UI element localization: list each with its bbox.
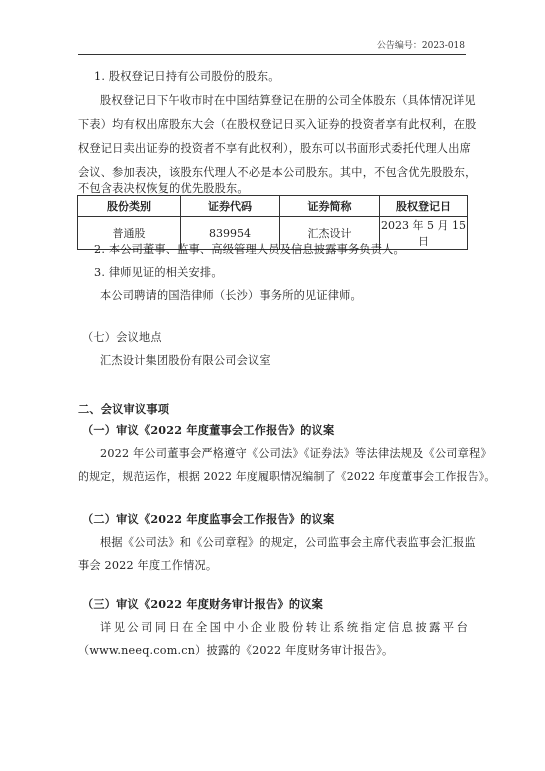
table-header-cell: 证券代码 — [181, 196, 280, 217]
table-header-cell: 证券简称 — [280, 196, 380, 217]
agenda-item-title: （一）审议《2022 年度董事会工作报告》的议案 — [82, 423, 472, 438]
paragraph-line: 根据《公司法》和《公司章程》的规定，公司监事会主席代表监事会汇报监 — [100, 535, 490, 550]
agenda-item-title: （三）审议《2022 年度财务审计报告》的议案 — [82, 597, 472, 612]
paragraph-line: 本公司聘请的国浩律师（长沙）事务所的见证律师。 — [100, 288, 490, 303]
paragraph-line: 会议、参加表决，该股东代理人不必是本公司股东。其中，不包含优先股股东， — [78, 165, 468, 180]
attendee-item-1: 1. 股权登记日持有公司股份的股东。 — [94, 69, 484, 84]
agenda-item-title: （二）审议《2022 年度监事会工作报告》的议案 — [82, 512, 472, 527]
paragraph-line: （www.neeq.com.cn）披露的《2022 年度财务审计报告》。 — [78, 643, 468, 658]
venue-text: 汇杰设计集团股份有限公司会议室 — [100, 353, 490, 368]
paragraph-line: 2022 年公司董事会严格遵守《公司法》《证券法》等法律法规及《公司章程》 — [100, 446, 490, 461]
table-header-cell: 股权登记日 — [380, 196, 468, 217]
paragraph-line: 的规定，规范运作，根据 2022 年度履职情况编制了《2022 年度董事会工作报… — [78, 469, 468, 484]
agenda-heading: 二、会议审议事项 — [78, 402, 468, 417]
paragraph-line: 详见公司同日在全国中小企业股份转让系统指定信息披露平台 — [100, 620, 468, 635]
paragraph-line: 股权登记日下午收市时在中国结算登记在册的公司全体股东（具体情况详见 — [100, 93, 468, 108]
announcement-number: 公告编号：2023-018 — [377, 38, 465, 51]
header-rule — [78, 54, 466, 55]
paragraph-line: 事会 2022 年度工作情况。 — [78, 558, 468, 573]
venue-heading: （七）会议地点 — [82, 330, 472, 345]
table-header-cell: 股份类别 — [78, 196, 181, 217]
table-header-row: 股份类别 证券代码 证券简称 股权登记日 — [78, 196, 468, 217]
attendee-item-3: 3. 律师见证的相关安排。 — [94, 265, 484, 280]
paragraph-line: 不包含表决权恢复的优先股股东。 — [78, 181, 468, 196]
attendee-item-2: 2. 本公司董事、监事、高级管理人员及信息披露事务负责人。 — [94, 242, 484, 257]
paragraph-line: 权登记日卖出证券的投资者不享有此权利），股东可以书面形式委托代理人出席 — [78, 141, 468, 156]
paragraph-line: 下表）均有权出席股东大会（在股权登记日买入证券的投资者享有此权利，在股 — [78, 117, 468, 132]
